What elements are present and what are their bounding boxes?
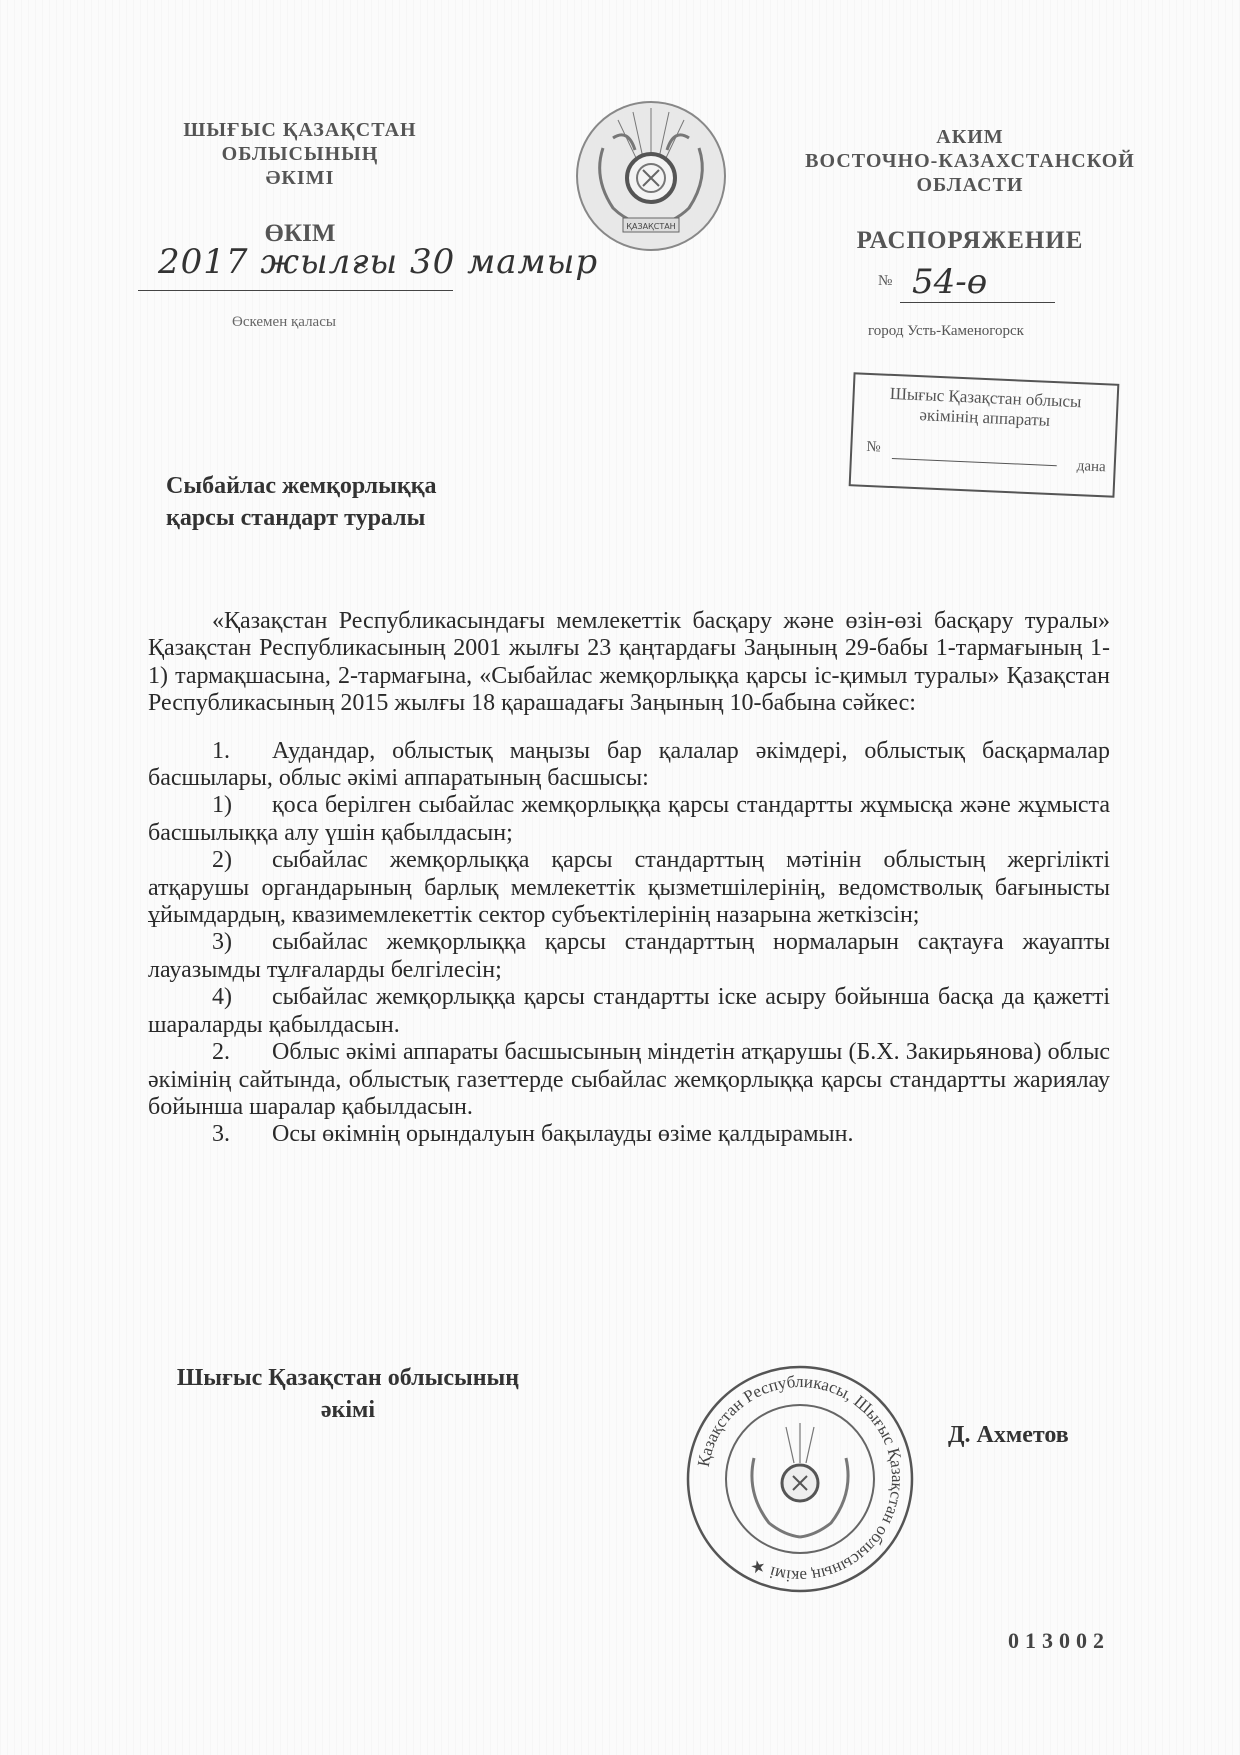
header-right-line: АКИМ <box>780 125 1160 149</box>
header-left-line: ӘКІМІ <box>150 166 450 190</box>
header-left: ШЫҒЫС ҚАЗАҚСТАН ОБЛЫСЫНЫҢ ӘКІМІ ӨКІМ <box>150 118 450 248</box>
header-left-line: ОБЛЫСЫНЫҢ <box>150 142 450 166</box>
header-left-line: ШЫҒЫС ҚАЗАҚСТАН <box>150 118 450 142</box>
item-number: 2) <box>212 847 272 874</box>
number-label: № <box>878 273 892 290</box>
item-number: 2. <box>212 1039 272 1066</box>
item-text: Осы өкімнің орындалуын бақылауды өзіме қ… <box>272 1121 853 1147</box>
title-line: Сыбайлас жемқорлыққа <box>166 470 437 502</box>
header-right-line: ВОСТОЧНО-КАЗАХСТАНСКОЙ <box>780 149 1160 173</box>
date-underline <box>138 290 453 291</box>
header-right-line: ОБЛАСТИ <box>780 173 1160 197</box>
document-title: Сыбайлас жемқорлыққа қарсы стандарт тура… <box>166 470 437 534</box>
stamp-number-underline <box>892 458 1057 466</box>
position-line: Шығыс Қазақстан облысының <box>148 1362 548 1394</box>
item-number: 1. <box>212 738 272 765</box>
item-text: сыбайлас жемқорлыққа қарсы стандарттың н… <box>148 929 1110 982</box>
list-item: 2.Облыс әкімі аппараты басшысының міндет… <box>148 1039 1110 1121</box>
list-item: 4)сыбайлас жемқорлыққа қарсы стандартты … <box>148 984 1110 1039</box>
item-text: сыбайлас жемқорлыққа қарсы стандартты іс… <box>148 984 1110 1037</box>
doc-type-ru: РАСПОРЯЖЕНИЕ <box>780 227 1160 255</box>
stamp-copies-label: дана <box>1076 458 1106 476</box>
item-text: Аудандар, облыстық маңызы бар қалалар әк… <box>148 738 1110 791</box>
official-seal-icon: Қазақстан Республикасы, Шығыс Қазақстан … <box>684 1363 916 1595</box>
item-number: 4) <box>212 984 272 1011</box>
item-number: 1) <box>212 792 272 819</box>
handwritten-number: 54-ө <box>912 262 987 302</box>
preamble: «Қазақстан Республикасындағы мемлекеттік… <box>148 608 1110 718</box>
document-body: «Қазақстан Республикасындағы мемлекеттік… <box>148 608 1110 1149</box>
signatory-position: Шығыс Қазақстан облысының әкімі <box>148 1362 548 1426</box>
city-kz: Өскемен қаласы <box>232 314 336 331</box>
list-item: 1.Аудандар, облыстық маңызы бар қалалар … <box>148 738 1110 793</box>
signatory-name: Д. Ахметов <box>948 1422 1069 1449</box>
item-text: қоса берілген сыбайлас жемқорлыққа қарсы… <box>148 792 1110 845</box>
item-number: 3) <box>212 929 272 956</box>
handwritten-date: 2017 жылғы 30 мамыр <box>158 242 598 282</box>
stamp-number-label: № <box>866 439 881 457</box>
list-item: 1)қоса берілген сыбайлас жемқорлыққа қар… <box>148 792 1110 847</box>
list-item: 3)сыбайлас жемқорлыққа қарсы стандарттың… <box>148 929 1110 984</box>
list-item: 2)сыбайлас жемқорлыққа қарсы стандарттың… <box>148 847 1110 929</box>
position-line: әкімі <box>148 1394 548 1426</box>
header-right: АКИМ ВОСТОЧНО-КАЗАХСТАНСКОЙ ОБЛАСТИ РАСП… <box>780 125 1160 255</box>
city-ru: город Усть-Каменогорск <box>868 323 1024 340</box>
number-underline <box>900 302 1055 303</box>
item-text: Облыс әкімі аппараты басшысының міндетін… <box>148 1039 1110 1120</box>
list-item: 3.Осы өкімнің орындалуын бақылауды өзіме… <box>148 1121 1110 1148</box>
serial-number: 013002 <box>1008 1628 1110 1654</box>
state-emblem-icon: ҚАЗАҚСТАН <box>573 98 729 254</box>
registration-stamp: Шығыс Қазақстан облысы әкімінің аппараты… <box>849 372 1120 497</box>
item-number: 3. <box>212 1121 272 1148</box>
title-line: қарсы стандарт туралы <box>166 502 437 534</box>
item-text: сыбайлас жемқорлыққа қарсы стандарттың м… <box>148 847 1110 928</box>
svg-text:ҚАЗАҚСТАН: ҚАЗАҚСТАН <box>626 222 675 231</box>
